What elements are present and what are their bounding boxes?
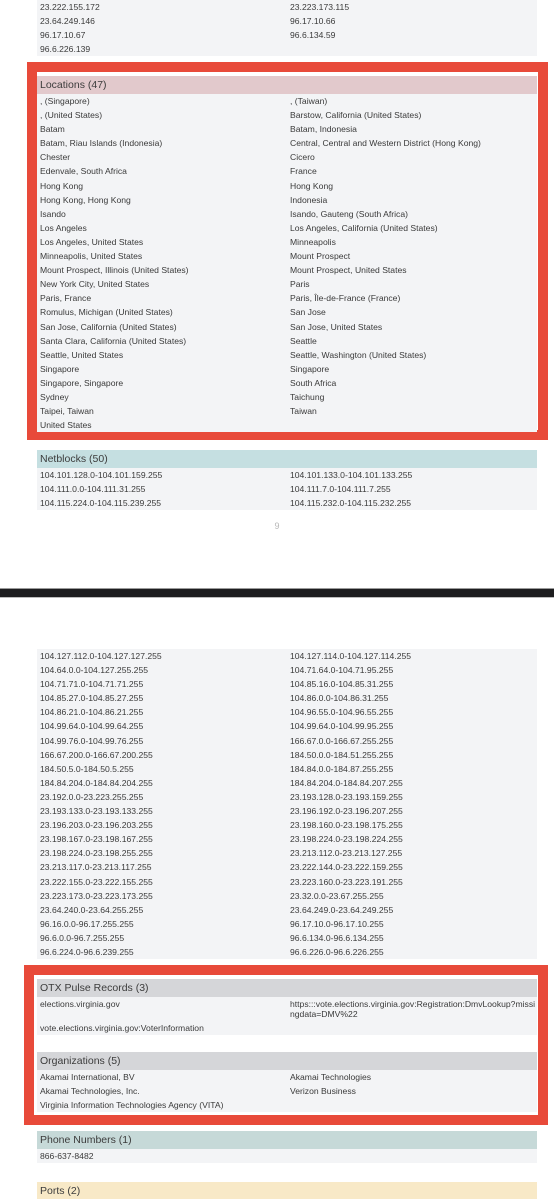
table-row: 23.196.203.0-23.196.203.25523.198.160.0-… [37, 818, 537, 832]
table-cell-left: Minneapolis, United States [37, 249, 287, 263]
phone-numbers-section: Phone Numbers (1) 866-637-8482 [37, 1131, 537, 1163]
otx-pulse-section: OTX Pulse Records (3) elections.virginia… [37, 979, 537, 1035]
table-row: 23.198.224.0-23.198.255.25523.213.112.0-… [37, 846, 537, 860]
table-cell-left: Singapore, Singapore [37, 376, 287, 390]
table-cell-left: 23.198.224.0-23.198.255.255 [37, 846, 287, 860]
table-row: 104.85.27.0-104.85.27.255104.86.0.0-104.… [37, 691, 537, 705]
table-cell-right: Cicero [287, 150, 537, 164]
table-cell-left: 104.99.76.0-104.99.76.255 [37, 734, 287, 748]
table-cell-left: 23.64.249.146 [37, 14, 287, 28]
otx-pulse-table-body: elections.virginia.govhttps:::vote.elect… [37, 997, 537, 1035]
table-row: elections.virginia.govhttps:::vote.elect… [37, 997, 537, 1021]
table-row: Batam, Riau Islands (Indonesia)Central, … [37, 136, 537, 150]
table-cell-left: 866-637-8482 [37, 1149, 287, 1163]
table-cell-left: 104.101.128.0-104.101.159.255 [37, 468, 287, 482]
table-row: Edenvale, South AfricaFrance [37, 164, 537, 178]
table-row: 104.111.0.0-104.111.31.255104.111.7.0-10… [37, 482, 537, 496]
ip-table-body: 23.222.155.17223.223.173.11523.64.249.14… [37, 0, 537, 56]
table-cell-right: Barstow, California (United States) [287, 108, 537, 122]
table-cell-right: 23.198.224.0-23.198.224.255 [287, 832, 537, 846]
table-cell-right: Mount Prospect [287, 249, 537, 263]
organizations-section: Organizations (5) Akamai International, … [37, 1052, 537, 1112]
table-cell-right: Indonesia [287, 193, 537, 207]
table-row: Los Angeles, United StatesMinneapolis [37, 235, 537, 249]
table-cell-left: Akamai Technologies, Inc. [37, 1084, 287, 1098]
table-cell-left: 166.67.200.0-166.67.200.255 [37, 748, 287, 762]
table-row: New York City, United StatesParis [37, 277, 537, 291]
table-cell-right: 104.111.7.0-104.111.7.255 [287, 482, 537, 496]
table-cell-right: 184.50.0.0-184.51.255.255 [287, 748, 537, 762]
table-cell-right: Los Angeles, California (United States) [287, 221, 537, 235]
table-cell-left: Romulus, Michigan (United States) [37, 305, 287, 319]
table-cell-right: Mount Prospect, United States [287, 263, 537, 277]
table-cell-left: New York City, United States [37, 277, 287, 291]
table-cell-left: 184.50.5.0-184.50.5.255 [37, 762, 287, 776]
table-cell-right: 96.6.134.0-96.6.134.255 [287, 931, 537, 945]
table-row: 104.115.224.0-104.115.239.255104.115.232… [37, 496, 537, 510]
table-cell-right: Paris [287, 277, 537, 291]
table-cell-right: 23.223.173.115 [287, 0, 537, 14]
table-cell-left: Singapore [37, 362, 287, 376]
table-cell-left: San Jose, California (United States) [37, 320, 287, 334]
table-cell-right: 184.84.0.0-184.87.255.255 [287, 762, 537, 776]
table-row: SydneyTaichung [37, 390, 537, 404]
table-cell-left: 104.64.0.0-104.127.255.255 [37, 663, 287, 677]
table-cell-right [287, 42, 537, 56]
table-row: 104.71.71.0-104.71.71.255104.85.16.0-104… [37, 677, 537, 691]
table-cell-right: Singapore [287, 362, 537, 376]
table-cell-left: Virginia Information Technologies Agency… [37, 1098, 287, 1112]
table-cell-left: 23.222.155.172 [37, 0, 287, 14]
table-cell-right: Isando, Gauteng (South Africa) [287, 207, 537, 221]
table-cell-left: Taipei, Taiwan [37, 404, 287, 418]
table-row: 104.127.112.0-104.127.127.255104.127.114… [37, 649, 537, 663]
table-row: Singapore, SingaporeSouth Africa [37, 376, 537, 390]
table-row: 23.64.249.14696.17.10.66 [37, 14, 537, 28]
table-cell-right: 184.84.204.0-184.84.207.255 [287, 776, 537, 790]
table-cell-right: Akamai Technologies [287, 1070, 537, 1084]
table-row: 96.6.224.0-96.6.239.25596.6.226.0-96.6.2… [37, 945, 537, 959]
table-cell-right: South Africa [287, 376, 537, 390]
page-number: 9 [0, 521, 554, 531]
table-row: , (Singapore), (Taiwan) [37, 94, 537, 108]
ports-section: Ports (2) [37, 1182, 537, 1199]
table-cell-right: San Jose [287, 305, 537, 319]
table-row: 184.50.5.0-184.50.5.255184.84.0.0-184.87… [37, 762, 537, 776]
table-cell-left: 96.17.10.67 [37, 28, 287, 42]
table-cell-right: France [287, 164, 537, 178]
table-cell-right: 96.6.226.0-96.6.226.255 [287, 945, 537, 959]
table-row: Santa Clara, California (United States)S… [37, 334, 537, 348]
table-row: , (United States)Barstow, California (Un… [37, 108, 537, 122]
table-cell-right: 166.67.0.0-166.67.255.255 [287, 734, 537, 748]
table-cell-right: 104.85.16.0-104.85.31.255 [287, 677, 537, 691]
table-row: 96.17.10.6796.6.134.59 [37, 28, 537, 42]
table-cell-right [287, 1098, 537, 1112]
table-cell-right: 96.17.10.66 [287, 14, 537, 28]
table-cell-left: , (United States) [37, 108, 287, 122]
netblocks-header: Netblocks (50) [37, 450, 537, 468]
table-row: Minneapolis, United StatesMount Prospect [37, 249, 537, 263]
table-row: 23.193.133.0-23.193.133.25523.196.192.0-… [37, 804, 537, 818]
table-row: IsandoIsando, Gauteng (South Africa) [37, 207, 537, 221]
table-cell-right [287, 418, 537, 432]
table-row: Akamai Technologies, Inc.Verizon Busines… [37, 1084, 537, 1098]
table-cell-left: Paris, France [37, 291, 287, 305]
table-cell-left: 104.127.112.0-104.127.127.255 [37, 649, 287, 663]
table-cell-left: vote.elections.virginia.gov:VoterInforma… [37, 1021, 287, 1035]
table-cell-left: 23.222.155.0-23.222.155.255 [37, 875, 287, 889]
table-cell-left: 104.85.27.0-104.85.27.255 [37, 691, 287, 705]
table-row: Akamai International, BVAkamai Technolog… [37, 1070, 537, 1084]
table-cell-left: 96.16.0.0-96.17.255.255 [37, 917, 287, 931]
table-cell-left: 104.99.64.0-104.99.64.255 [37, 719, 287, 733]
table-row: 104.101.128.0-104.101.159.255104.101.133… [37, 468, 537, 482]
table-cell-right: Verizon Business [287, 1084, 537, 1098]
table-cell-right: 104.96.55.0-104.96.55.255 [287, 705, 537, 719]
table-cell-left: 23.198.167.0-23.198.167.255 [37, 832, 287, 846]
ip-addresses-continued: 23.222.155.17223.223.173.11523.64.249.14… [37, 0, 537, 56]
table-cell-left: Los Angeles, United States [37, 235, 287, 249]
table-row: vote.elections.virginia.gov:VoterInforma… [37, 1021, 537, 1035]
table-row: 96.16.0.0-96.17.255.25596.17.10.0-96.17.… [37, 917, 537, 931]
table-cell-right [287, 1021, 537, 1035]
table-cell-right: 23.222.144.0-23.222.159.255 [287, 860, 537, 874]
phone-numbers-header: Phone Numbers (1) [37, 1131, 537, 1149]
netblocks-table-body: 104.101.128.0-104.101.159.255104.101.133… [37, 468, 537, 510]
table-cell-left: Los Angeles [37, 221, 287, 235]
netblocks-continued-section: 104.127.112.0-104.127.127.255104.127.114… [37, 649, 537, 959]
table-cell-right: Minneapolis [287, 235, 537, 249]
table-row: Hong Kong, Hong KongIndonesia [37, 193, 537, 207]
table-cell-left: Akamai International, BV [37, 1070, 287, 1084]
table-row: ChesterCicero [37, 150, 537, 164]
organizations-header: Organizations (5) [37, 1052, 537, 1070]
table-row: 23.192.0.0-23.223.255.25523.193.128.0-23… [37, 790, 537, 804]
table-cell-right: 104.115.232.0-104.115.232.255 [287, 496, 537, 510]
table-cell-right: Seattle, Washington (United States) [287, 348, 537, 362]
table-cell-left: Batam, Riau Islands (Indonesia) [37, 136, 287, 150]
table-row: Los AngelesLos Angeles, California (Unit… [37, 221, 537, 235]
table-row: 166.67.200.0-166.67.200.255184.50.0.0-18… [37, 748, 537, 762]
table-cell-right: Batam, Indonesia [287, 122, 537, 136]
table-cell-left: Seattle, United States [37, 348, 287, 362]
table-row: Seattle, United StatesSeattle, Washingto… [37, 348, 537, 362]
table-cell-left: Mount Prospect, Illinois (United States) [37, 263, 287, 277]
otx-pulse-header: OTX Pulse Records (3) [37, 979, 537, 997]
table-row: 23.222.155.0-23.222.155.25523.223.160.0-… [37, 875, 537, 889]
table-cell-right: 23.196.192.0-23.196.207.255 [287, 804, 537, 818]
table-cell-left: 23.223.173.0-23.223.173.255 [37, 889, 287, 903]
organizations-table-body: Akamai International, BVAkamai Technolog… [37, 1070, 537, 1112]
table-row: 23.213.117.0-23.213.117.25523.222.144.0-… [37, 860, 537, 874]
table-cell-right: https:::vote.elections.virginia.gov:Regi… [287, 997, 537, 1021]
table-row: 23.223.173.0-23.223.173.25523.32.0.0-23.… [37, 889, 537, 903]
table-row: United States [37, 418, 537, 432]
table-row: 96.6.226.139 [37, 42, 537, 56]
table-cell-right: Taichung [287, 390, 537, 404]
table-cell-right: 23.223.160.0-23.223.191.255 [287, 875, 537, 889]
table-cell-left: Batam [37, 122, 287, 136]
table-row: 23.198.167.0-23.198.167.25523.198.224.0-… [37, 832, 537, 846]
table-cell-right: 104.99.64.0-104.99.95.255 [287, 719, 537, 733]
table-cell-left: 104.111.0.0-104.111.31.255 [37, 482, 287, 496]
table-cell-right: 104.86.0.0-104.86.31.255 [287, 691, 537, 705]
table-cell-right: Hong Kong [287, 179, 537, 193]
table-cell-right: 23.193.128.0-23.193.159.255 [287, 790, 537, 804]
table-row: Romulus, Michigan (United States)San Jos… [37, 305, 537, 319]
table-row: 96.6.0.0-96.7.255.25596.6.134.0-96.6.134… [37, 931, 537, 945]
table-cell-left: 23.213.117.0-23.213.117.255 [37, 860, 287, 874]
table-cell-left: 23.192.0.0-23.223.255.255 [37, 790, 287, 804]
ports-header: Ports (2) [37, 1182, 537, 1199]
table-cell-left: Santa Clara, California (United States) [37, 334, 287, 348]
table-cell-right: 23.198.160.0-23.198.175.255 [287, 818, 537, 832]
table-cell-left: 96.6.226.139 [37, 42, 287, 56]
table-cell-left: 96.6.0.0-96.7.255.255 [37, 931, 287, 945]
table-cell-right: San Jose, United States [287, 320, 537, 334]
table-cell-left: , (Singapore) [37, 94, 287, 108]
table-cell-right: 23.32.0.0-23.67.255.255 [287, 889, 537, 903]
table-row: San Jose, California (United States)San … [37, 320, 537, 334]
table-row: BatamBatam, Indonesia [37, 122, 537, 136]
locations-table-body: , (Singapore), (Taiwan), (United States)… [37, 94, 537, 432]
table-cell-right: 104.101.133.0-104.101.133.255 [287, 468, 537, 482]
netblocks-continued-table-body: 104.127.112.0-104.127.127.255104.127.114… [37, 649, 537, 959]
table-row: 23.64.240.0-23.64.255.25523.64.249.0-23.… [37, 903, 537, 917]
table-cell-right: 23.213.112.0-23.213.127.255 [287, 846, 537, 860]
table-cell-right [287, 1149, 537, 1163]
table-cell-left: Hong Kong [37, 179, 287, 193]
table-row: Virginia Information Technologies Agency… [37, 1098, 537, 1112]
table-cell-right: Paris, Île-de-France (France) [287, 291, 537, 305]
table-cell-right: 104.127.114.0-104.127.114.255 [287, 649, 537, 663]
table-cell-left: Isando [37, 207, 287, 221]
table-row: 866-637-8482 [37, 1149, 537, 1163]
table-cell-left: 184.84.204.0-184.84.204.255 [37, 776, 287, 790]
table-cell-right: Seattle [287, 334, 537, 348]
table-row: Paris, FranceParis, Île-de-France (Franc… [37, 291, 537, 305]
netblocks-section: Netblocks (50) 104.101.128.0-104.101.159… [37, 450, 537, 510]
table-row: 104.99.76.0-104.99.76.255166.67.0.0-166.… [37, 734, 537, 748]
table-cell-left: 104.115.224.0-104.115.239.255 [37, 496, 287, 510]
table-cell-right: 96.6.134.59 [287, 28, 537, 42]
locations-header: Locations (47) [37, 76, 537, 94]
table-cell-left: Sydney [37, 390, 287, 404]
table-cell-left: 23.64.240.0-23.64.255.255 [37, 903, 287, 917]
table-row: Mount Prospect, Illinois (United States)… [37, 263, 537, 277]
table-cell-left: Chester [37, 150, 287, 164]
phone-numbers-table-body: 866-637-8482 [37, 1149, 537, 1163]
table-cell-left: elections.virginia.gov [37, 997, 287, 1021]
table-cell-right: 96.17.10.0-96.17.10.255 [287, 917, 537, 931]
table-cell-left: 96.6.224.0-96.6.239.255 [37, 945, 287, 959]
table-row: 23.222.155.17223.223.173.115 [37, 0, 537, 14]
table-cell-right: , (Taiwan) [287, 94, 537, 108]
table-cell-right: Taiwan [287, 404, 537, 418]
table-cell-right: Central, Central and Western District (H… [287, 136, 537, 150]
table-cell-left: Edenvale, South Africa [37, 164, 287, 178]
table-cell-left: 23.193.133.0-23.193.133.255 [37, 804, 287, 818]
table-cell-right: 104.71.64.0-104.71.95.255 [287, 663, 537, 677]
page-divider [0, 588, 554, 598]
table-cell-left: 104.71.71.0-104.71.71.255 [37, 677, 287, 691]
table-row: 104.86.21.0-104.86.21.255104.96.55.0-104… [37, 705, 537, 719]
table-row: Taipei, TaiwanTaiwan [37, 404, 537, 418]
table-cell-left: United States [37, 418, 287, 432]
table-cell-left: 104.86.21.0-104.86.21.255 [37, 705, 287, 719]
table-row: 184.84.204.0-184.84.204.255184.84.204.0-… [37, 776, 537, 790]
table-cell-left: Hong Kong, Hong Kong [37, 193, 287, 207]
table-row: 104.64.0.0-104.127.255.255104.71.64.0-10… [37, 663, 537, 677]
table-row: Hong KongHong Kong [37, 179, 537, 193]
table-row: 104.99.64.0-104.99.64.255104.99.64.0-104… [37, 719, 537, 733]
table-row: SingaporeSingapore [37, 362, 537, 376]
table-cell-right: 23.64.249.0-23.64.249.255 [287, 903, 537, 917]
locations-section: Locations (47) , (Singapore), (Taiwan), … [37, 76, 537, 432]
table-cell-left: 23.196.203.0-23.196.203.255 [37, 818, 287, 832]
